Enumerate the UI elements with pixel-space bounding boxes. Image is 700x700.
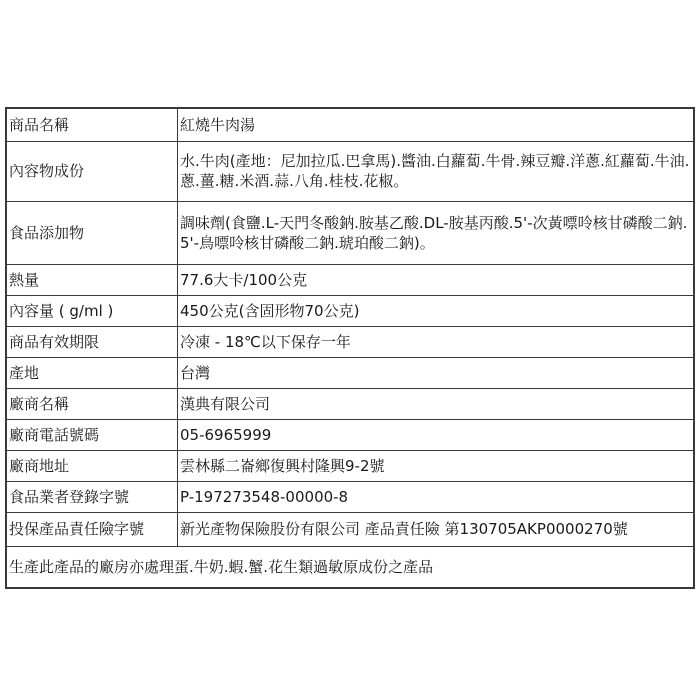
row-product-name: 商品名稱 紅燒牛肉湯 — [6, 108, 694, 141]
value-food-business-registration: P-197273548-00000-8 — [178, 481, 695, 512]
label-manufacturer-name: 廠商名稱 — [6, 388, 178, 419]
label-manufacturer-phone: 廠商電話號碼 — [6, 419, 178, 450]
value-product-name: 紅燒牛肉湯 — [178, 108, 695, 141]
row-liability-insurance: 投保產品責任險字號 新光產物保險股份有限公司 產品責任險 第130705AKP0… — [6, 512, 694, 546]
row-manufacturer-address: 廠商地址 雲林縣二崙鄉復興村隆興9-2號 — [6, 450, 694, 481]
label-product-name: 商品名稱 — [6, 108, 178, 141]
value-shelf-life: 冷凍 - 18℃以下保存一年 — [178, 326, 695, 357]
value-calories: 77.6大卡/100公克 — [178, 264, 695, 295]
value-ingredients: 水.牛肉(產地：尼加拉瓜.巴拿馬).醬油.白蘿蔔.牛骨.辣豆瓣.洋蔥.紅蘿蔔.牛… — [178, 141, 695, 201]
label-liability-insurance: 投保產品責任險字號 — [6, 512, 178, 546]
value-additives: 調味劑(食鹽.L-天門冬酸鈉.胺基乙酸.DL-胺基丙酸.5'-次黃嘌呤核甘磷酸二… — [178, 201, 695, 264]
row-manufacturer-name: 廠商名稱 漢典有限公司 — [6, 388, 694, 419]
value-manufacturer-address: 雲林縣二崙鄉復興村隆興9-2號 — [178, 450, 695, 481]
row-calories: 熱量 77.6大卡/100公克 — [6, 264, 694, 295]
label-shelf-life: 商品有效期限 — [6, 326, 178, 357]
row-origin: 產地 台灣 — [6, 357, 694, 388]
label-ingredients: 內容物成份 — [6, 141, 178, 201]
label-origin: 產地 — [6, 357, 178, 388]
value-net-content: 450公克(含固形物70公克) — [178, 295, 695, 326]
value-liability-insurance: 新光產物保險股份有限公司 產品責任險 第130705AKP0000270號 — [178, 512, 695, 546]
row-shelf-life: 商品有效期限 冷凍 - 18℃以下保存一年 — [6, 326, 694, 357]
label-additives: 食品添加物 — [6, 201, 178, 264]
label-net-content: 內容量 ( g/ml ) — [6, 295, 178, 326]
row-additives: 食品添加物 調味劑(食鹽.L-天門冬酸鈉.胺基乙酸.DL-胺基丙酸.5'-次黃嘌… — [6, 201, 694, 264]
value-manufacturer-phone: 05-6965999 — [178, 419, 695, 450]
row-net-content: 內容量 ( g/ml ) 450公克(含固形物70公克) — [6, 295, 694, 326]
allergen-notice: 生產此產品的廠房亦處理蛋.牛奶.蝦.蟹.花生類過敏原成份之產品 — [6, 546, 694, 588]
value-origin: 台灣 — [178, 357, 695, 388]
value-manufacturer-name: 漢典有限公司 — [178, 388, 695, 419]
row-food-business-registration: 食品業者登錄字號 P-197273548-00000-8 — [6, 481, 694, 512]
product-spec-table: 商品名稱 紅燒牛肉湯 內容物成份 水.牛肉(產地：尼加拉瓜.巴拿馬).醬油.白蘿… — [5, 107, 695, 589]
label-calories: 熱量 — [6, 264, 178, 295]
row-ingredients: 內容物成份 水.牛肉(產地：尼加拉瓜.巴拿馬).醬油.白蘿蔔.牛骨.辣豆瓣.洋蔥… — [6, 141, 694, 201]
row-allergen-notice: 生產此產品的廠房亦處理蛋.牛奶.蝦.蟹.花生類過敏原成份之產品 — [6, 546, 694, 588]
label-manufacturer-address: 廠商地址 — [6, 450, 178, 481]
label-food-business-registration: 食品業者登錄字號 — [6, 481, 178, 512]
row-manufacturer-phone: 廠商電話號碼 05-6965999 — [6, 419, 694, 450]
